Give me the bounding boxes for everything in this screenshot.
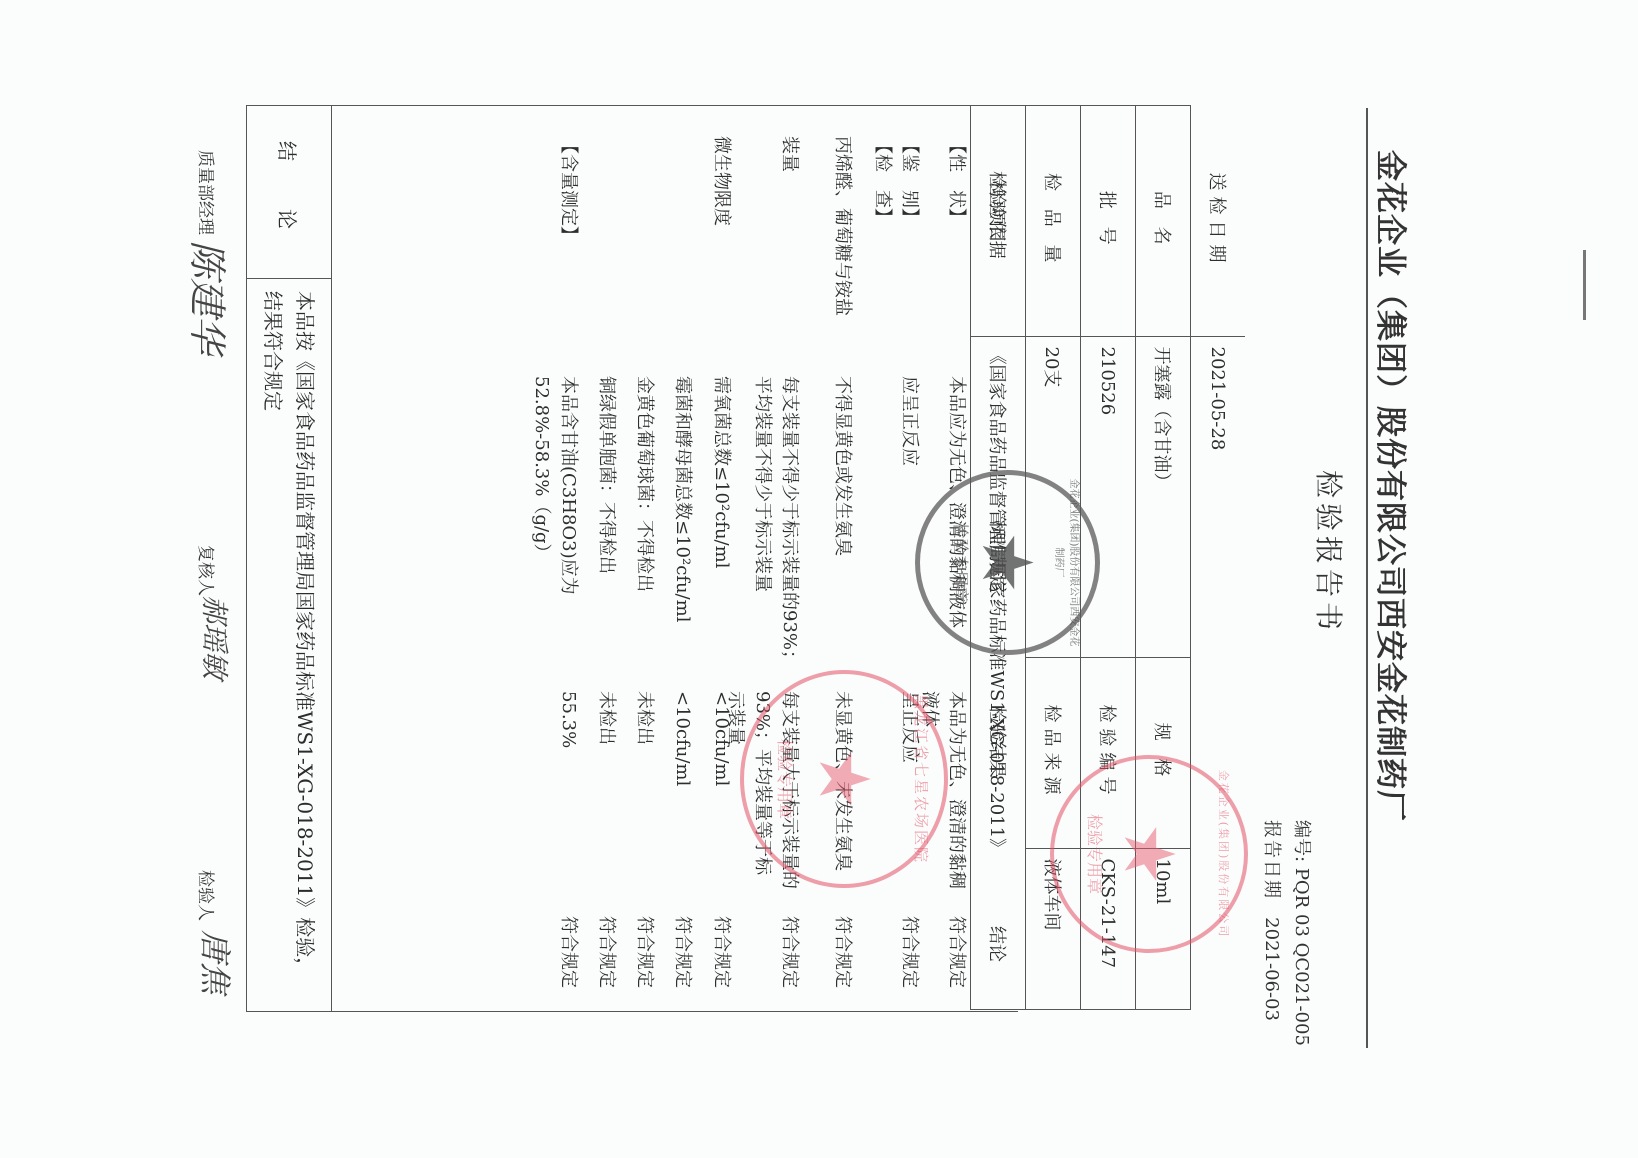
- batch-value: 210526: [1081, 336, 1136, 657]
- doc-number-value: PQR 03 QC021-005: [1291, 868, 1312, 1046]
- inspector-label: 检验人: [195, 870, 220, 921]
- stamp-inner-text: 检验专用章: [950, 475, 973, 650]
- test-item-name: 【检 查】: [869, 136, 896, 336]
- items-header-conclusion: 结论: [983, 926, 1010, 962]
- quantity-label: 检 品 量: [1026, 106, 1081, 337]
- product-value: 开塞露（含甘油）: [1136, 336, 1191, 657]
- test-item-standard: 本品含甘油(C3H8O3)应为52.8%-58.3%（g/g）: [528, 376, 582, 676]
- submit-date-label: 送检日期: [1191, 106, 1246, 337]
- reviewer-label: 复核人: [195, 545, 220, 596]
- star-icon: ★: [809, 748, 879, 811]
- items-header-result: 检验结果: [983, 706, 1010, 778]
- batch-label: 批 号: [1081, 106, 1136, 337]
- test-item-result: 未检出: [631, 691, 658, 891]
- test-item-result: <10cfu/ml: [669, 691, 696, 891]
- test-item-conclusion: 符合规定: [593, 916, 620, 1006]
- stamp-ring-text: 金花企业(集团)股份有限公司: [1216, 759, 1232, 949]
- inspection-report-page: 金花企业（集团）股份有限公司西安金花制药厂 检验报告书 编号: PQR 03 Q…: [0, 0, 1638, 1158]
- test-item-result: 55.3%: [555, 691, 582, 891]
- stamp-inner-text: 检验专用章: [774, 674, 797, 884]
- stamp-ring-text: 金花企业(集团)股份有限公司西安金花制药厂: [1053, 475, 1083, 650]
- test-item-name: 丙烯醛、葡萄糖与铵盐: [829, 136, 856, 336]
- test-item-standard: 不得显黄色或发生氨臭: [829, 376, 856, 676]
- stamp-ring-text: 黑龙江省七星农场医院: [911, 674, 932, 884]
- report-date-label: 报告日期: [1261, 820, 1282, 900]
- stamp-inner-text: 检验专用章: [1084, 759, 1107, 949]
- test-item-conclusion: 符合规定: [829, 916, 856, 1006]
- test-item-name: 装量: [776, 136, 803, 336]
- qa-manager-label: 质量部经理: [195, 150, 220, 235]
- red-inspection-stamp-1: 金花企业(集团)股份有限公司 ★ 检验专用章: [1050, 755, 1248, 953]
- test-item-standard: 金黄色葡萄球菌：不得检出: [631, 376, 658, 676]
- report-title: 检验报告书: [1310, 470, 1350, 635]
- test-item-standard: 霉菌和酵母菌总数≤10²cfu/ml: [669, 376, 696, 676]
- test-item-standard: 每支装量不得少于标示装量的93%；平均装量不得少于标示装量: [749, 376, 803, 676]
- test-item-conclusion: 符合规定: [943, 916, 970, 1006]
- report-date: 报告日期 2021-06-03: [1260, 820, 1286, 1021]
- inspector-signature: 唐焦: [194, 930, 240, 994]
- conclusion-box: 结 论 本品按《国家食品药品监督管理局国家药品标准WS1-XG-018-2011…: [246, 105, 332, 1012]
- test-item-name: 微生物限度: [708, 136, 735, 336]
- test-item-conclusion: 符合规定: [669, 916, 696, 1006]
- star-icon: ★: [973, 531, 1043, 594]
- test-item-conclusion: 符合规定: [555, 916, 582, 1006]
- scan-edge-mark: [1583, 250, 1586, 320]
- test-item-conclusion: 符合规定: [708, 916, 735, 1006]
- company-name: 金花企业（集团）股份有限公司西安金花制药厂: [1371, 150, 1416, 822]
- test-item-standard: 需氧菌总数≤10²cfu/ml: [708, 376, 735, 676]
- test-item-conclusion: 符合规定: [896, 916, 923, 1006]
- conclusion-text: 本品按《国家食品药品监督管理局国家药品标准WS1-XG-018-2011》检验，…: [257, 291, 321, 991]
- test-item-conclusion: 符合规定: [776, 916, 803, 1006]
- doc-number: 编号: PQR 03 QC021-005: [1290, 820, 1316, 1046]
- test-item-name: 【鉴 别】: [896, 136, 923, 336]
- test-item-result: <10cfu/ml: [708, 691, 735, 891]
- test-item-result: 未检出: [593, 691, 620, 891]
- test-item-conclusion: 符合规定: [631, 916, 658, 1006]
- product-label: 品 名: [1136, 106, 1191, 337]
- conclusion-label: 结 论: [247, 106, 331, 279]
- items-header-item: 检验项目: [983, 171, 1010, 243]
- test-item-name: 【性 状】: [943, 136, 970, 336]
- test-item-standard: 应呈正反应: [896, 376, 923, 676]
- reviewer-signature: 郝瑶敏: [196, 595, 236, 679]
- qa-manager-signature: 陈建华: [183, 240, 238, 354]
- test-item-standard: 铜绿假单胞菌：不得检出: [593, 376, 620, 676]
- star-icon: ★: [1114, 823, 1184, 886]
- title-divider: [1366, 108, 1368, 1048]
- doc-number-label: 编号:: [1291, 820, 1312, 862]
- test-item-name: 【含量测定】: [555, 136, 582, 336]
- red-inspection-stamp-2: 黑龙江省七星农场医院 ★ 检验专用章: [740, 670, 948, 888]
- company-inspection-stamp: 金花企业(集团)股份有限公司西安金花制药厂 ★ 检验专用章: [915, 470, 1100, 655]
- report-date-value: 2021-06-03: [1261, 917, 1282, 1021]
